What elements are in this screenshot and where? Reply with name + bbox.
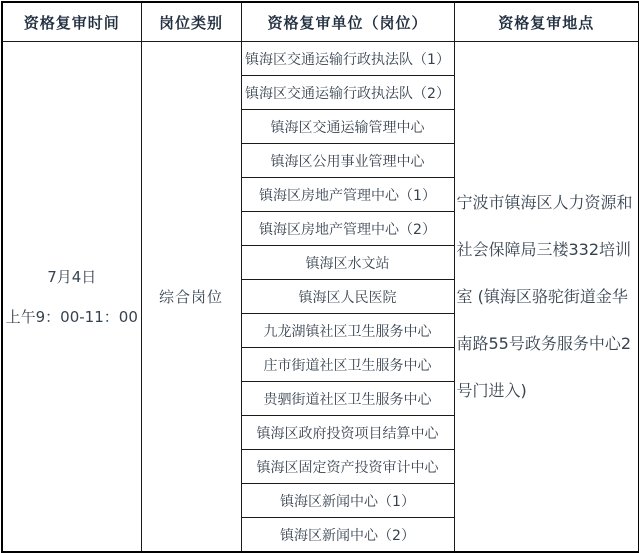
unit-cell: 九龙湖镇社区卫生服务中心 [241, 314, 454, 348]
unit-cell: 镇海区交通运输行政执法队（1） [241, 42, 454, 76]
review-period: 上午9：00-11：00 [5, 297, 139, 337]
review-date: 7月4日 [5, 257, 139, 297]
unit-cell: 镇海区房地产管理中心（1） [241, 178, 454, 212]
page: 资格复审时间 岗位类别 资格复审单位（岗位） 资格复审地点 7月4日 上午9：0… [0, 0, 639, 552]
column-header-unit: 资格复审单位（岗位） [241, 2, 454, 42]
unit-cell: 镇海区房地产管理中心（2） [241, 212, 454, 246]
unit-cell: 镇海区政府投资项目结算中心 [241, 416, 454, 450]
unit-cell: 镇海区人民医院 [241, 280, 454, 314]
column-header-time: 资格复审时间 [2, 2, 141, 42]
unit-cell: 镇海区交通运输管理中心 [241, 110, 454, 144]
review-location-cell: 宁波市镇海区人力资源和社会保障局三楼332培训室 (镇海区骆驼街道金华南路55号… [454, 42, 639, 553]
unit-cell: 镇海区交通运输行政执法队（2） [241, 76, 454, 110]
unit-cell: 贵驷街道社区卫生服务中心 [241, 382, 454, 416]
position-category-cell: 综合岗位 [141, 42, 241, 553]
unit-cell: 庄市街道社区卫生服务中心 [241, 348, 454, 382]
unit-cell: 镇海区公用事业管理中心 [241, 144, 454, 178]
column-header-location: 资格复审地点 [454, 2, 639, 42]
qualification-review-table: 资格复审时间 岗位类别 资格复审单位（岗位） 资格复审地点 7月4日 上午9：0… [1, 1, 639, 553]
unit-cell: 镇海区新闻中心（2） [241, 518, 454, 553]
column-header-category: 岗位类别 [141, 2, 241, 42]
review-time-cell: 7月4日 上午9：00-11：00 [2, 42, 141, 553]
unit-cell: 镇海区固定资产投资审计中心 [241, 450, 454, 484]
unit-cell: 镇海区水文站 [241, 246, 454, 280]
header-row: 资格复审时间 岗位类别 资格复审单位（岗位） 资格复审地点 [2, 2, 639, 42]
table-row: 7月4日 上午9：00-11：00 综合岗位 镇海区交通运输行政执法队（1） 宁… [2, 42, 639, 76]
unit-cell: 镇海区新闻中心（1） [241, 484, 454, 518]
